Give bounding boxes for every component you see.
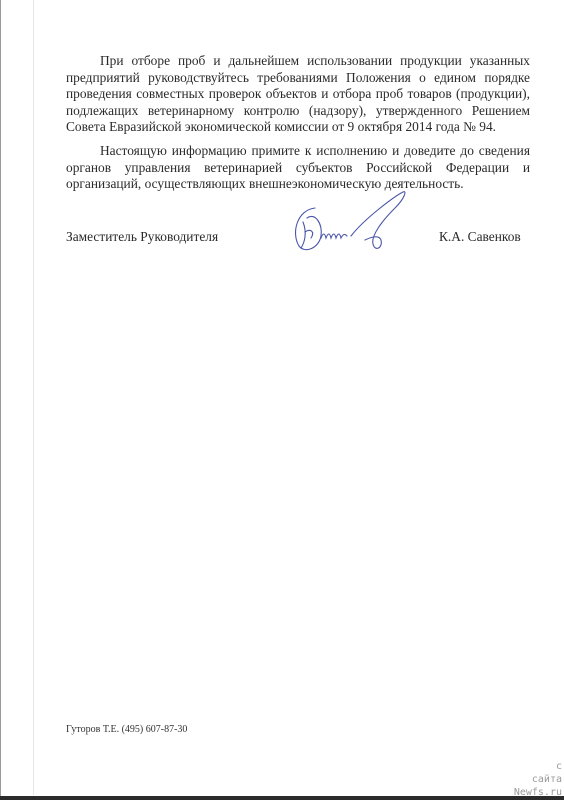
watermark-line-1: с bbox=[514, 760, 562, 773]
watermark: с сайта Newfs.ru bbox=[514, 760, 562, 799]
scan-bottom-border bbox=[0, 796, 564, 800]
executor-contact: Гуторов Т.Е. (495) 607-87-30 bbox=[66, 724, 187, 735]
paragraph-sampling-requirements: При отборе проб и дальнейшем использован… bbox=[66, 53, 530, 136]
watermark-line-2: сайта bbox=[514, 773, 562, 786]
page-edge bbox=[0, 0, 1, 800]
scan-margin-line bbox=[33, 0, 34, 795]
signatory-name: К.А. Савенков bbox=[439, 229, 521, 245]
paragraph-instructions: Настоящую информацию примите к исполнени… bbox=[66, 143, 530, 193]
letter-body: При отборе проб и дальнейшем использован… bbox=[66, 53, 530, 193]
handwritten-signature-icon bbox=[285, 188, 415, 258]
signatory-position: Заместитель Руководителя bbox=[66, 229, 218, 245]
